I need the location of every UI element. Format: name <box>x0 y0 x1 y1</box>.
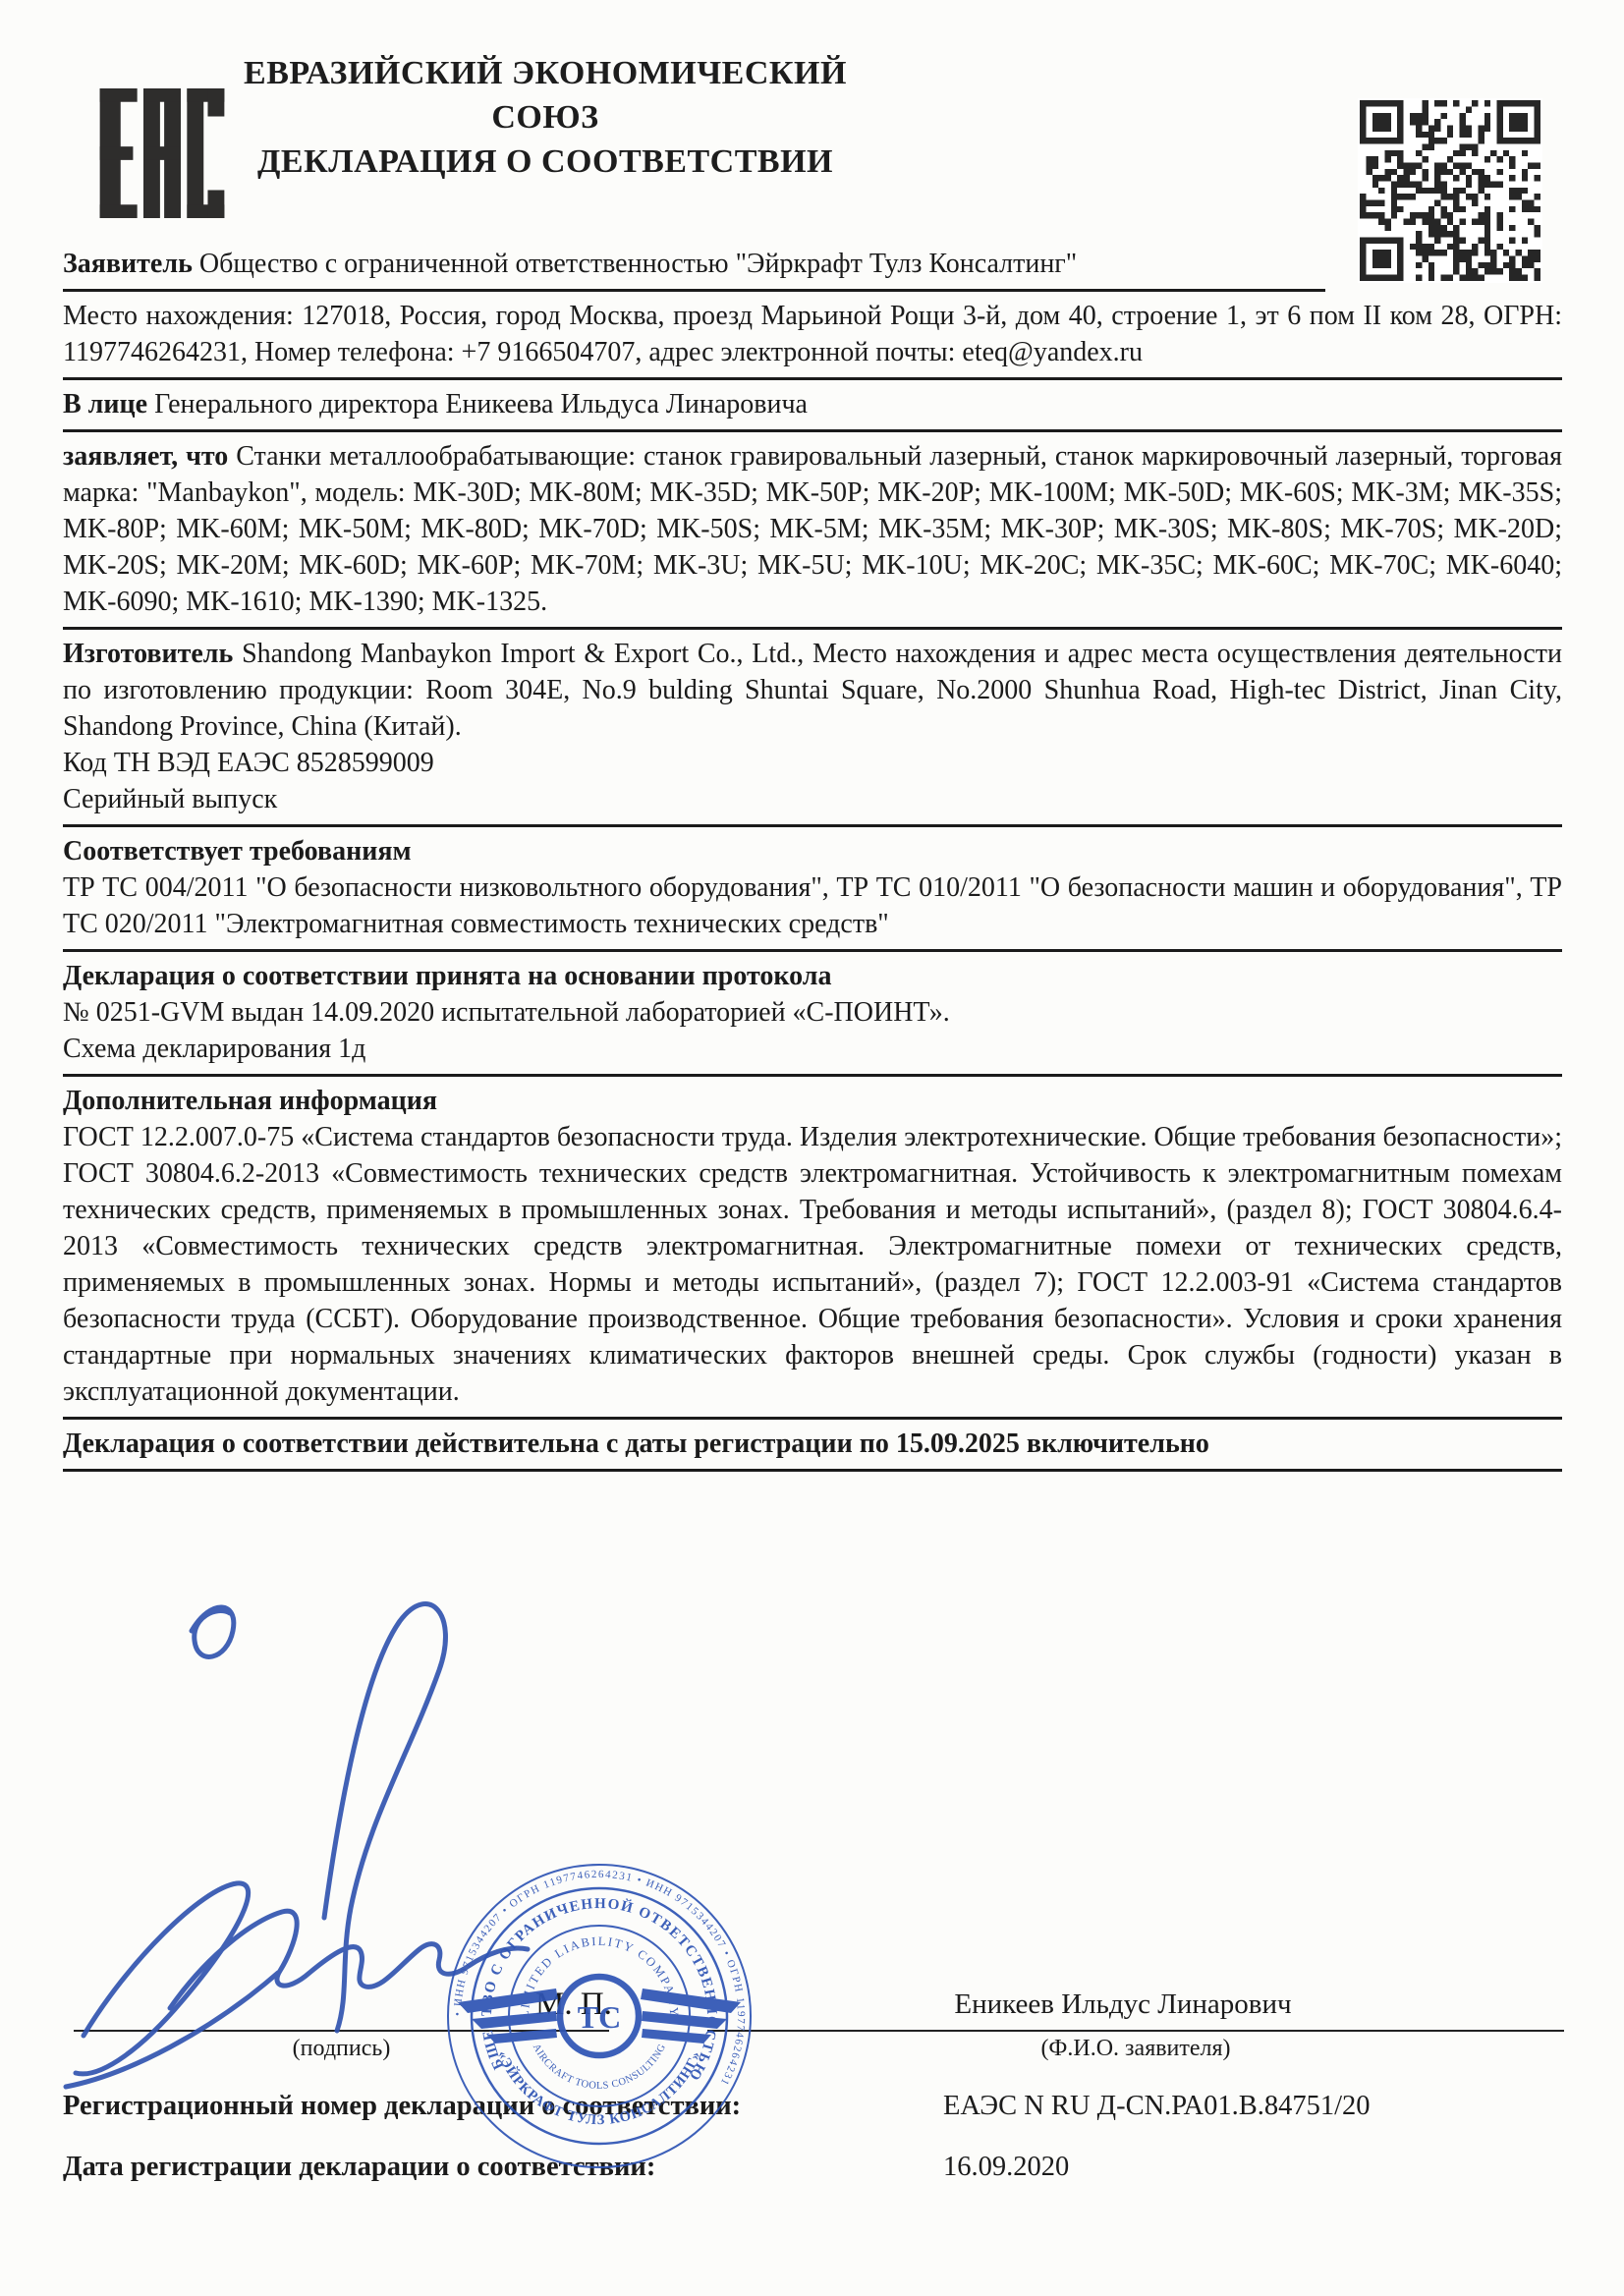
section-divider <box>63 1469 1562 1472</box>
title-union: ЕВРАЗИЙСКИЙ ЭКОНОМИЧЕСКИЙ СОЮЗ <box>211 51 879 140</box>
additional-heading: Дополнительная информация <box>63 1083 1562 1119</box>
svg-text:AIRCRAFT TOOLS CONSULTING: AIRCRAFT TOOLS CONSULTING <box>531 2043 668 2092</box>
section-divider <box>63 1417 1562 1420</box>
compliance-heading: Соответствует требованиям <box>63 833 1562 869</box>
section-divider <box>63 289 1325 292</box>
representative-line: В лице Генерального директора Еникеева И… <box>63 386 1562 422</box>
name-line <box>707 2030 1564 2032</box>
applicant-value: Общество с ограниченной ответственностью… <box>199 249 1077 279</box>
tnved-line: Код ТН ВЭД ЕАЭС 8528599009 <box>63 745 1562 781</box>
product-description: Станки металлообрабатывающие: станок гра… <box>63 441 1562 617</box>
applicant-line: Заявитель Общество с ограниченной ответс… <box>63 246 1562 282</box>
section-divider <box>63 824 1562 827</box>
registration-date-value: 16.09.2020 <box>943 2152 1069 2183</box>
applicant-label: Заявитель <box>63 249 193 279</box>
manufacturer-label: Изготовитель <box>63 639 233 669</box>
applicant-name: Еникеев Ильдус Линарович <box>702 1988 1543 2021</box>
basis-heading: Декларация о соответствии принята на осн… <box>63 958 1562 994</box>
section-divider <box>63 627 1562 630</box>
document-body: Заявитель Общество с ограниченной ответс… <box>63 246 1562 1478</box>
document-title: ЕВРАЗИЙСКИЙ ЭКОНОМИЧЕСКИЙ СОЮЗ ДЕКЛАРАЦИ… <box>211 51 879 184</box>
scheme-line: Схема декларирования 1д <box>63 1031 1562 1067</box>
seal-monogram: ТС <box>578 1999 621 2035</box>
title-declaration: ДЕКЛАРАЦИЯ О СООТВЕТСТВИИ <box>211 140 879 184</box>
representative-label: В лице <box>63 389 147 420</box>
eac-logo <box>98 88 226 218</box>
representative-value: Генерального директора Еникеева Ильдуса … <box>154 389 808 420</box>
product-paragraph: заявляет, что Станки металлообрабатывающ… <box>63 438 1562 620</box>
registration-date-row: Дата регистрации декларации о соответств… <box>63 2152 1562 2183</box>
company-seal: • ИНН 9715344207 • ОГРН 1197746264231 • … <box>442 1859 756 2173</box>
compliance-text: ТР ТС 004/2011 "О безопасности низковоль… <box>63 869 1562 942</box>
manufacturer-text: Shandong Manbaykon Import & Export Co., … <box>63 639 1562 742</box>
section-divider <box>63 429 1562 432</box>
location-text: Место нахождения: 127018, Россия, город … <box>63 301 1562 367</box>
location-paragraph: Место нахождения: 127018, Россия, город … <box>63 298 1562 370</box>
declares-label: заявляет, что <box>63 441 228 472</box>
seal-name-en: AIRCRAFT TOOLS CONSULTING <box>531 2043 668 2092</box>
validity-line: Декларация о соответствии действительна … <box>63 1426 1562 1462</box>
section-divider <box>63 949 1562 952</box>
manufacturer-paragraph: Изготовитель Shandong Manbaykon Import &… <box>63 636 1562 745</box>
section-divider <box>63 1074 1562 1077</box>
registration-number-value: ЕАЭС N RU Д-CN.РА01.В.84751/20 <box>943 2091 1371 2122</box>
serial-line: Серийный выпуск <box>63 781 1562 817</box>
section-divider <box>63 377 1562 380</box>
name-caption: (Ф.И.О. заявителя) <box>707 2036 1564 2062</box>
additional-text: ГОСТ 12.2.007.0-75 «Система стандартов б… <box>63 1119 1562 1410</box>
declaration-document: ЕВРАЗИЙСКИЙ ЭКОНОМИЧЕСКИЙ СОЮЗ ДЕКЛАРАЦИ… <box>0 0 1624 2296</box>
protocol-line: № 0251-GVM выдан 14.09.2020 испытательно… <box>63 994 1562 1031</box>
